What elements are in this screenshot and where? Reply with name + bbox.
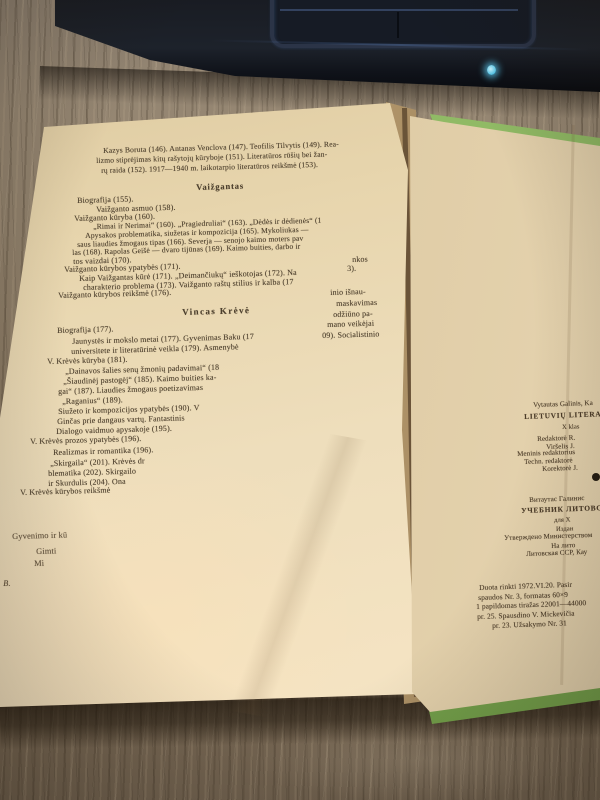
torn-page-text-fragment: 09). Socialistinio: [322, 329, 380, 340]
faint-text-line: B.: [3, 579, 11, 588]
toc-line: „Raganius“ (189).: [62, 395, 123, 406]
section-heading-vincas-kreve: Vincas Krėvė: [182, 305, 250, 317]
faint-text-line: Gyvenimo ir kū: [12, 530, 67, 541]
torn-page-text-fragment: inio išnau-: [330, 287, 366, 297]
faint-text-line: Gimti: [36, 546, 57, 556]
credits-line-ru: для X: [554, 516, 571, 524]
torn-page-text-fragment: maskavimas: [336, 298, 377, 308]
torn-page-text-fragment: nkos: [352, 255, 368, 264]
touchpad-divider-line: [280, 9, 518, 11]
printer-mark-dot: [592, 473, 600, 481]
laptop-touchpad: [270, 0, 536, 48]
laptop-power-led: [487, 65, 496, 75]
section-heading-vaizgantas: Vaižgantas: [196, 181, 244, 192]
photo-open-book-on-desk: Kazys Boruta (146). Antanas Venclova (14…: [0, 0, 600, 800]
toc-line: Biografija (177).: [57, 324, 114, 335]
credits-line-lt: X klas: [562, 423, 580, 431]
torn-page-text-fragment: mano veikėjai: [327, 319, 374, 329]
credits-line-lt: Korektorė J.: [542, 464, 578, 473]
torn-page-text-fragment: odžiūno pa-: [333, 309, 373, 319]
torn-page-text-fragment: 3).: [347, 264, 356, 273]
faint-text-line: Mi: [34, 559, 44, 568]
touchpad-button-divider: [397, 12, 399, 38]
